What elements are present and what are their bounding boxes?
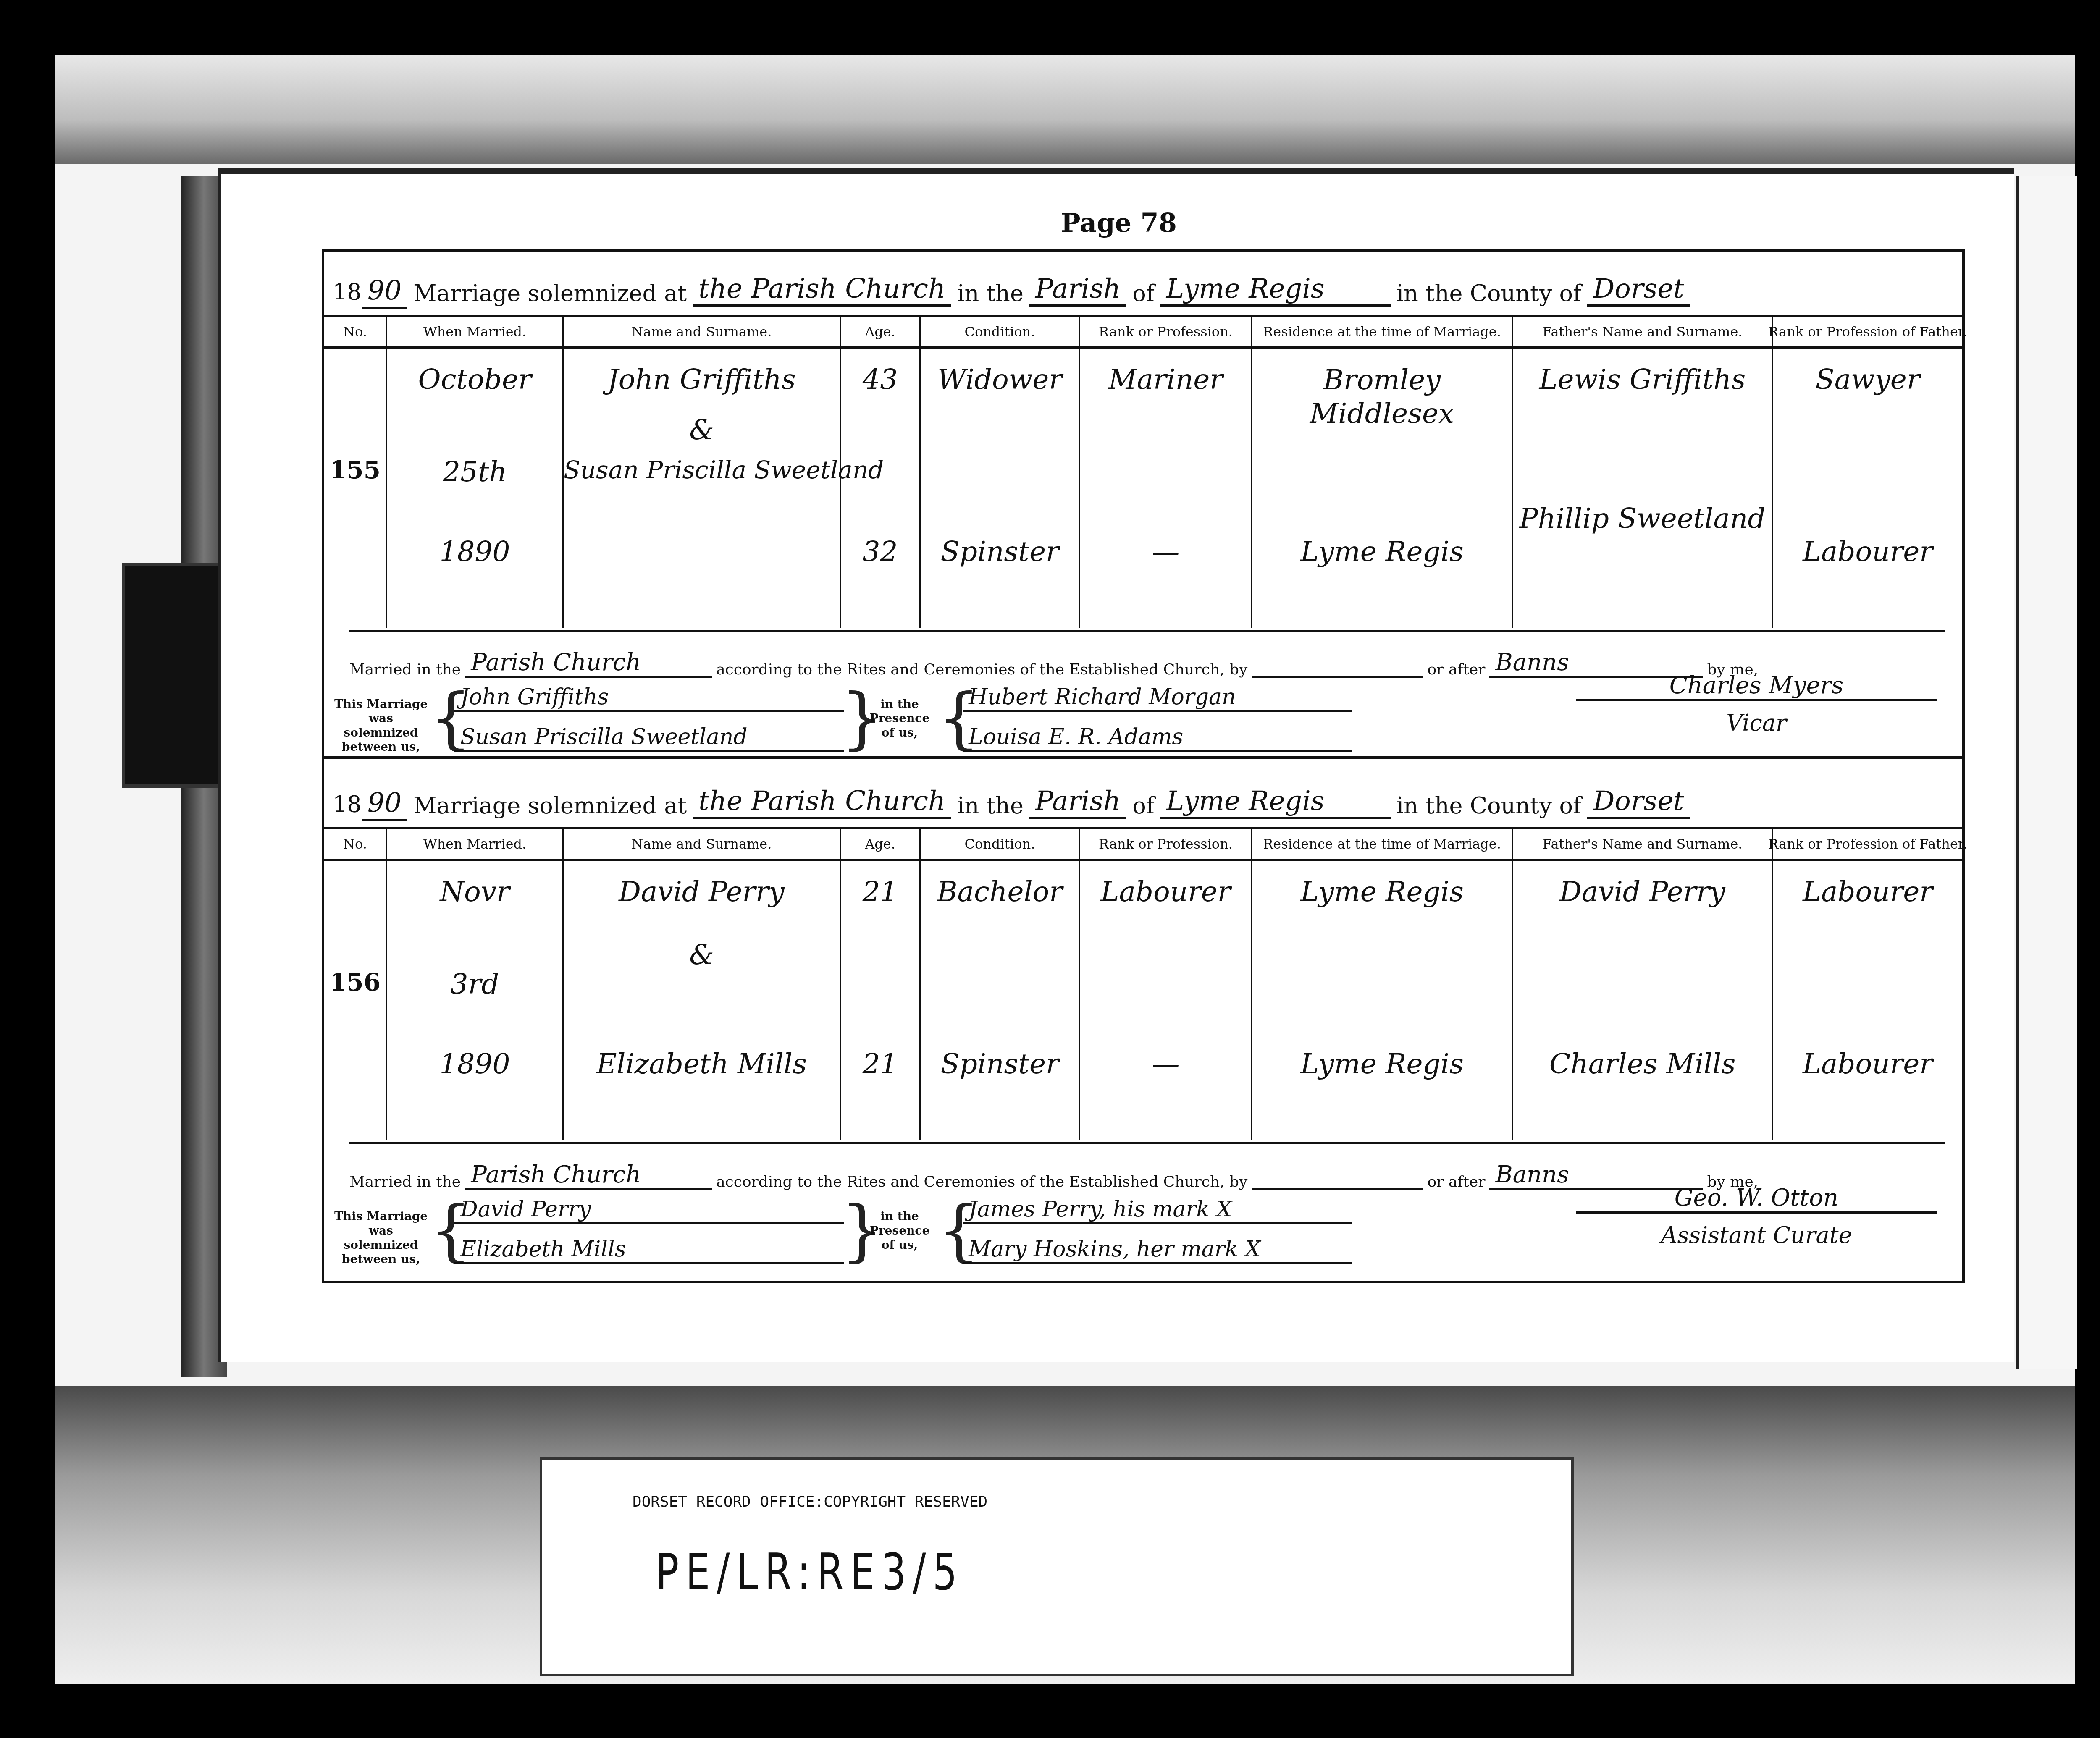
bride-residence: Lyme Regis bbox=[1252, 535, 1512, 568]
married-in-label: Married in the bbox=[349, 1173, 461, 1190]
register-page: Page 78 1890 Marriage solemnized at the … bbox=[218, 168, 2014, 1362]
married-in-line: Married in the Parish Church according t… bbox=[349, 630, 1945, 678]
groom-rank: Labourer bbox=[1080, 876, 1251, 908]
bride-father-rank: Labourer bbox=[1773, 1048, 1962, 1080]
county-label: in the County of bbox=[1396, 280, 1581, 307]
archive-label-card: DORSET RECORD OFFICE:COPYRIGHT RESERVED … bbox=[540, 1457, 1574, 1676]
married-in-line: Married in the Parish Church according t… bbox=[349, 1142, 1945, 1190]
groom-age: 43 bbox=[841, 363, 919, 396]
signature-block: This Marriage was solemnized between us,… bbox=[333, 680, 1954, 764]
county-name: Dorset bbox=[1587, 273, 1690, 307]
copyright-notice: DORSET RECORD OFFICE:COPYRIGHT RESERVED bbox=[633, 1493, 987, 1510]
groom-condition: Bachelor bbox=[921, 876, 1079, 908]
col-name: Name and Surname. John Griffiths & Susan… bbox=[564, 317, 841, 628]
groom-father-rank: Sawyer bbox=[1773, 363, 1962, 396]
header-when-married: When Married. bbox=[387, 317, 562, 349]
in-the-label: in the bbox=[957, 280, 1024, 307]
col-condition: Condition. Bachelor Spinster bbox=[921, 829, 1080, 1140]
of-label: of bbox=[1132, 792, 1155, 819]
groom-residence: Bromley Middlesex bbox=[1252, 363, 1512, 430]
solemnized-label: Marriage solemnized at bbox=[413, 280, 687, 307]
header-father-rank: Rank or Profession of Father. bbox=[1773, 317, 1962, 349]
parish-name: Lyme Regis bbox=[1160, 786, 1391, 819]
col-no: No. 156 bbox=[324, 829, 387, 1140]
col-father-rank: Rank or Profession of Father. Sawyer Lab… bbox=[1773, 317, 1962, 628]
marriage-entry-156: 1890 Marriage solemnized at the Parish C… bbox=[324, 764, 1962, 1277]
ampersand: & bbox=[564, 938, 840, 971]
col-father-name: Father's Name and Surname. David Perry C… bbox=[1513, 829, 1773, 1140]
officiant-signature: Charles Myers bbox=[1576, 672, 1937, 701]
header-no: No. bbox=[324, 317, 386, 349]
married-in-value: Parish Church bbox=[465, 1161, 712, 1190]
groom-name: John Griffiths bbox=[564, 363, 840, 396]
bride-signature: Elizabeth Mills bbox=[454, 1237, 844, 1264]
entry-table: No. 156 When Married. Novr 3rd 1890 Name… bbox=[324, 827, 1962, 1140]
entry-number: 156 bbox=[324, 968, 386, 996]
facing-page-edge bbox=[2016, 176, 2077, 1369]
witness-2: Louisa E. R. Adams bbox=[963, 724, 1352, 752]
header-condition: Condition. bbox=[921, 317, 1079, 349]
groom-age: 21 bbox=[841, 876, 919, 908]
header-age: Age. bbox=[841, 829, 919, 861]
bride-condition: Spinster bbox=[921, 1048, 1079, 1080]
ampersand: & bbox=[564, 414, 840, 446]
date-month: October bbox=[387, 363, 562, 396]
archive-reference: PE/LR:RE3/5 bbox=[656, 1543, 964, 1602]
groom-signature: John Griffiths bbox=[454, 684, 844, 712]
page-number: Page 78 bbox=[1061, 207, 1177, 238]
groom-residence: Lyme Regis bbox=[1252, 876, 1512, 908]
header-father-name: Father's Name and Surname. bbox=[1513, 317, 1772, 349]
licence-blank bbox=[1252, 1188, 1423, 1190]
entry-headline: 1890 Marriage solemnized at the Parish C… bbox=[333, 260, 1954, 307]
col-rank: Rank or Profession. Labourer — bbox=[1080, 829, 1252, 1140]
col-residence: Residence at the time of Marriage. Lyme … bbox=[1252, 829, 1513, 1140]
witness-signatures: James Perry, his mark X Mary Hoskins, he… bbox=[963, 1197, 1352, 1264]
bride-name: Susan Priscilla Sweetland bbox=[564, 456, 840, 484]
in-the-label: in the bbox=[957, 792, 1024, 819]
county-name: Dorset bbox=[1587, 786, 1690, 819]
scan-shadow-top bbox=[55, 55, 2075, 164]
place: the Parish Church bbox=[693, 273, 951, 307]
or-after-label: or after bbox=[1427, 1173, 1485, 1190]
bride-age: 32 bbox=[841, 535, 919, 568]
groom-name: David Perry bbox=[564, 876, 840, 908]
groom-signature: David Perry bbox=[454, 1197, 844, 1224]
year-prefix: 1890 bbox=[333, 788, 407, 819]
parish-word: Parish bbox=[1029, 786, 1126, 819]
officiant-title: Vicar bbox=[1576, 710, 1937, 736]
col-age: Age. 43 32 bbox=[841, 317, 921, 628]
solemnized-label: Marriage solemnized at bbox=[413, 792, 687, 819]
header-rank: Rank or Profession. bbox=[1080, 829, 1251, 861]
bride-father-name: Charles Mills bbox=[1513, 1048, 1772, 1080]
col-no: No. 155 bbox=[324, 317, 387, 628]
groom-father-name: Lewis Griffiths bbox=[1513, 363, 1772, 396]
witness-1: James Perry, his mark X bbox=[963, 1197, 1352, 1224]
or-after-label: or after bbox=[1427, 661, 1485, 678]
of-label: of bbox=[1132, 280, 1155, 307]
witness-1: Hubert Richard Morgan bbox=[963, 684, 1352, 712]
date-month: Novr bbox=[387, 876, 562, 908]
bride-signature: Susan Priscilla Sweetland bbox=[454, 724, 844, 752]
header-father-name: Father's Name and Surname. bbox=[1513, 829, 1772, 861]
presence-label: in the Presence of us, bbox=[866, 697, 933, 740]
col-condition: Condition. Widower Spinster bbox=[921, 317, 1080, 628]
signature-block: This Marriage was solemnized between us,… bbox=[333, 1193, 1954, 1277]
witness-2: Mary Hoskins, her mark X bbox=[963, 1237, 1352, 1264]
col-residence: Residence at the time of Marriage. Broml… bbox=[1252, 317, 1513, 628]
licence-blank bbox=[1252, 676, 1423, 678]
officiant-title: Assistant Curate bbox=[1576, 1222, 1937, 1248]
rites-text: according to the Rites and Ceremonies of… bbox=[716, 1173, 1247, 1190]
officiant: Geo. W. Otton Assistant Curate bbox=[1576, 1184, 1937, 1248]
col-name: Name and Surname. David Perry & Elizabet… bbox=[564, 829, 841, 1140]
year-prefix-text: 18 bbox=[333, 791, 362, 818]
place: the Parish Church bbox=[693, 786, 951, 819]
groom-father-name: David Perry bbox=[1513, 876, 1772, 908]
groom-rank: Mariner bbox=[1080, 363, 1251, 396]
officiant: Charles Myers Vicar bbox=[1576, 672, 1937, 736]
witness-signatures: Hubert Richard Morgan Louisa E. R. Adams bbox=[963, 684, 1352, 752]
header-father-rank: Rank or Profession of Father. bbox=[1773, 829, 1962, 861]
parish-word: Parish bbox=[1029, 273, 1126, 307]
between-us-label: This Marriage was solemnized between us, bbox=[333, 1209, 429, 1266]
presence-label: in the Presence of us, bbox=[866, 1209, 933, 1252]
parish-name: Lyme Regis bbox=[1160, 273, 1391, 307]
marriage-entry-155: 1890 Marriage solemnized at the Parish C… bbox=[324, 252, 1962, 759]
header-residence: Residence at the time of Marriage. bbox=[1252, 317, 1512, 349]
header-age: Age. bbox=[841, 317, 919, 349]
header-name: Name and Surname. bbox=[564, 317, 840, 349]
year-suffix: 90 bbox=[362, 275, 407, 309]
county-label: in the County of bbox=[1396, 792, 1581, 819]
header-residence: Residence at the time of Marriage. bbox=[1252, 829, 1512, 861]
bride-father-rank: Labourer bbox=[1773, 535, 1962, 568]
year-suffix: 90 bbox=[362, 788, 407, 821]
col-rank: Rank or Profession. Mariner — bbox=[1080, 317, 1252, 628]
date-year: 1890 bbox=[387, 535, 562, 568]
entry-headline: 1890 Marriage solemnized at the Parish C… bbox=[333, 773, 1954, 819]
date-year: 1890 bbox=[387, 1048, 562, 1080]
party-signatures: David Perry Elizabeth Mills bbox=[454, 1197, 844, 1264]
rites-text: according to the Rites and Ceremonies of… bbox=[716, 661, 1247, 678]
groom-father-rank: Labourer bbox=[1773, 876, 1962, 908]
col-father-name: Father's Name and Surname. Lewis Griffit… bbox=[1513, 317, 1773, 628]
bride-age: 21 bbox=[841, 1048, 919, 1080]
header-no: No. bbox=[324, 829, 386, 861]
between-us-label: This Marriage was solemnized between us, bbox=[333, 697, 429, 754]
col-father-rank: Rank or Profession of Father. Labourer L… bbox=[1773, 829, 1962, 1140]
party-signatures: John Griffiths Susan Priscilla Sweetland bbox=[454, 684, 844, 752]
bride-father-name: Phillip Sweetland bbox=[1513, 502, 1772, 535]
bride-rank: — bbox=[1080, 1048, 1251, 1080]
year-prefix: 1890 bbox=[333, 275, 407, 307]
col-when-married: When Married. October 25th 1890 bbox=[387, 317, 564, 628]
officiant-signature: Geo. W. Otton bbox=[1576, 1184, 1937, 1214]
married-in-value: Parish Church bbox=[465, 649, 712, 678]
header-when-married: When Married. bbox=[387, 829, 562, 861]
col-when-married: When Married. Novr 3rd 1890 bbox=[387, 829, 564, 1140]
entry-number: 155 bbox=[324, 456, 386, 484]
header-condition: Condition. bbox=[921, 829, 1079, 861]
groom-condition: Widower bbox=[921, 363, 1079, 396]
col-age: Age. 21 21 bbox=[841, 829, 921, 1140]
bride-residence: Lyme Regis bbox=[1252, 1048, 1512, 1080]
married-in-label: Married in the bbox=[349, 661, 461, 678]
marriage-register: 1890 Marriage solemnized at the Parish C… bbox=[322, 249, 1965, 1283]
entry-table: No. 155 When Married. October 25th 1890 … bbox=[324, 315, 1962, 628]
header-rank: Rank or Profession. bbox=[1080, 317, 1251, 349]
date-day: 3rd bbox=[387, 968, 562, 1000]
header-name: Name and Surname. bbox=[564, 829, 840, 861]
bride-rank: — bbox=[1080, 535, 1251, 568]
year-prefix-text: 18 bbox=[333, 279, 362, 305]
date-day: 25th bbox=[387, 456, 562, 488]
bride-condition: Spinster bbox=[921, 535, 1079, 568]
bride-name: Elizabeth Mills bbox=[564, 1048, 840, 1080]
